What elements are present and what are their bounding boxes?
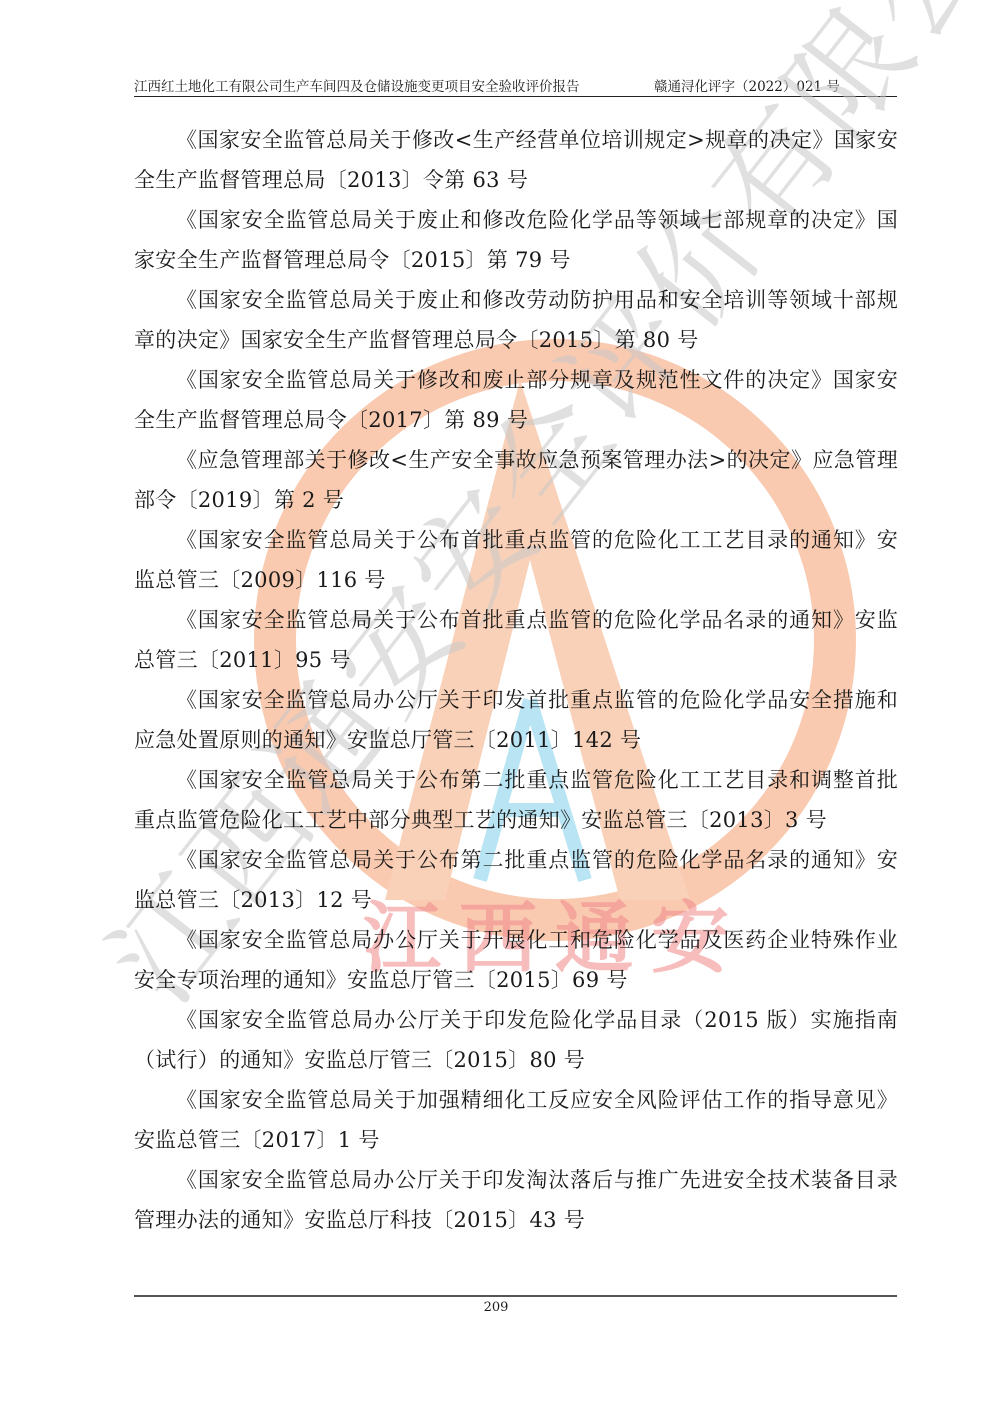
regulation-entry: 《国家安全监管总局关于公布首批重点监管的危险化工工艺目录的通知》安监总管三〔20… <box>134 520 898 600</box>
regulation-entry: 《应急管理部关于修改<生产安全事故应急预案管理办法>的决定》应急管理部令〔201… <box>134 440 898 520</box>
report-title: 江西红土地化工有限公司生产车间四及仓储设施变更项目安全验收评价报告 <box>134 78 580 96</box>
regulation-entry: 《国家安全监管总局办公厅关于印发危险化学品目录（2015 版）实施指南（试行）的… <box>134 1000 898 1080</box>
regulations-list: 《国家安全监管总局关于修改<生产经营单位培训规定>规章的决定》国家安全生产监督管… <box>134 120 898 1240</box>
regulation-entry: 《国家安全监管总局关于修改<生产经营单位培训规定>规章的决定》国家安全生产监督管… <box>134 120 898 200</box>
regulation-entry: 《国家安全监管总局办公厅关于印发首批重点监管的危险化学品安全措施和应急处置原则的… <box>134 680 898 760</box>
regulation-entry: 《国家安全监管总局关于公布第二批重点监管危险化工工艺目录和调整首批重点监管危险化… <box>134 760 898 840</box>
regulation-entry: 《国家安全监管总局关于废止和修改劳动防护用品和安全培训等领域十部规章的决定》国家… <box>134 280 898 360</box>
regulation-entry: 《国家安全监管总局关于公布第二批重点监管的危险化学品名录的通知》安监总管三〔20… <box>134 840 898 920</box>
regulation-entry: 《国家安全监管总局关于加强精细化工反应安全风险评估工作的指导意见》安监总管三〔2… <box>134 1080 898 1160</box>
page-header: 江西红土地化工有限公司生产车间四及仓储设施变更项目安全验收评价报告 赣通浔化评字… <box>134 78 897 97</box>
page-number: 209 <box>0 1300 992 1315</box>
regulation-entry: 《国家安全监管总局办公厅关于印发淘汰落后与推广先进安全技术装备目录管理办法的通知… <box>134 1160 898 1240</box>
regulation-entry: 《国家安全监管总局办公厅关于开展化工和危险化学品及医药企业特殊作业安全专项治理的… <box>134 920 898 1000</box>
regulation-entry: 《国家安全监管总局关于公布首批重点监管的危险化学品名录的通知》安监总管三〔201… <box>134 600 898 680</box>
footer-divider <box>134 1295 897 1297</box>
regulation-entry: 《国家安全监管总局关于修改和废止部分规章及规范性文件的决定》国家安全生产监督管理… <box>134 360 898 440</box>
report-code: 赣通浔化评字（2022）021 号 <box>654 78 840 96</box>
regulation-entry: 《国家安全监管总局关于废止和修改危险化学品等领域七部规章的决定》国家安全生产监督… <box>134 200 898 280</box>
